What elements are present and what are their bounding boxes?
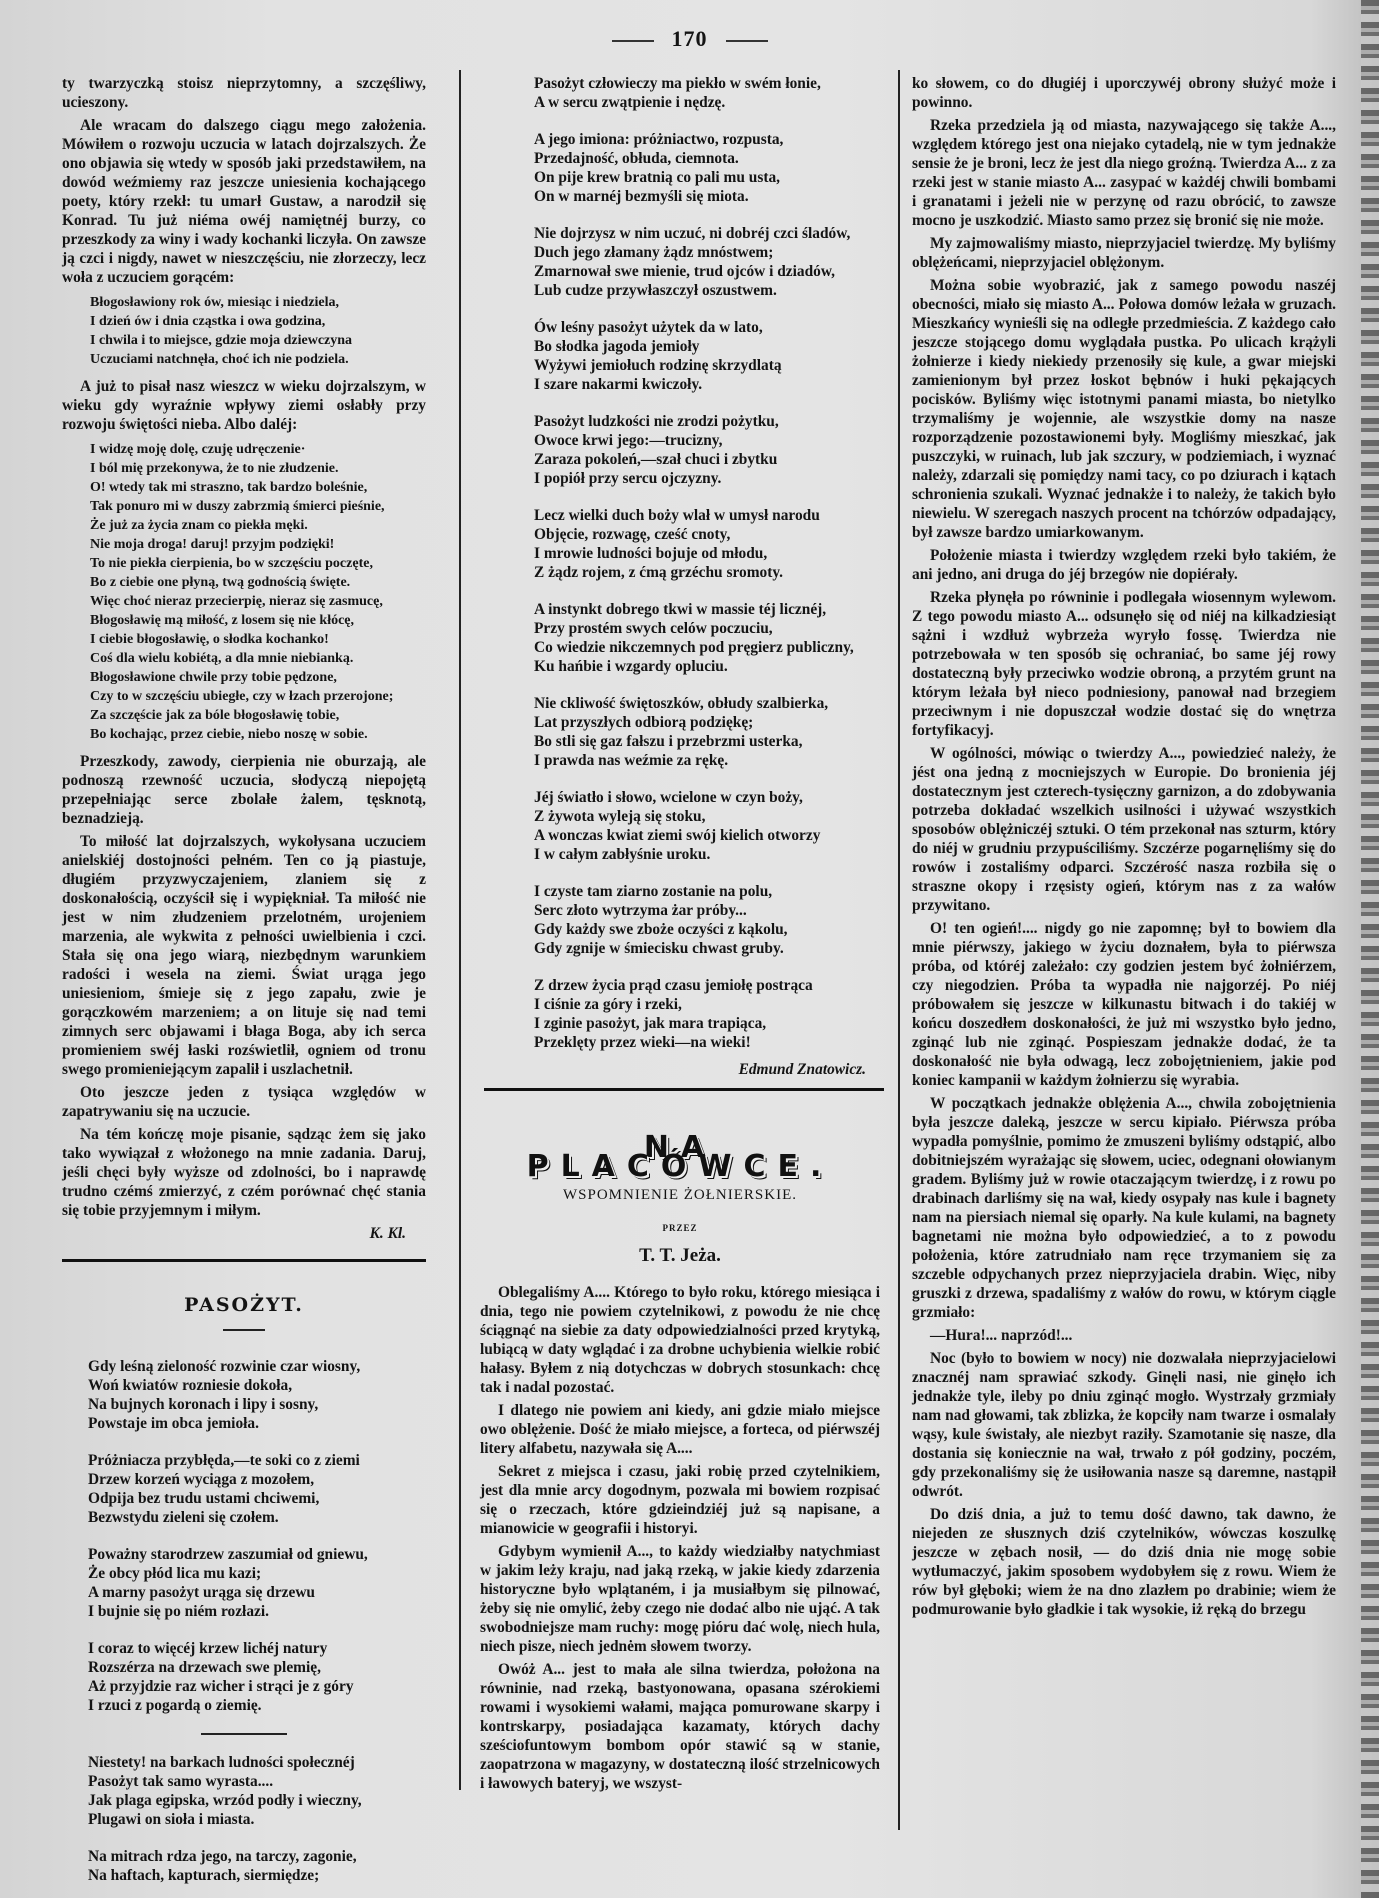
verse-line: A wonczas kwiat ziemi swój kielich otwor… (534, 826, 886, 845)
poem-title: PASOŻYT. (62, 1296, 426, 1315)
verse-line: Więc choć nieraz przecierpię, nieraz się… (90, 592, 426, 611)
stanza: I czyste tam ziarno zostanie na polu,Ser… (534, 882, 886, 958)
verse-line: Drzew korzeń wyciąga z mozołem, (88, 1470, 426, 1489)
verse-line: Czy to w szczęściu ubiegłe, czy w łzach … (90, 687, 426, 706)
verse-line: I rzuci z pogardą o ziemię. (88, 1696, 426, 1715)
verse-line: I popiół przy sercu ojczyzny. (534, 469, 886, 488)
verse-line: Serc złoto wytrzyma żar próby... (534, 901, 886, 920)
paragraph: Oto jeszcze jeden z tysiąca względów w z… (62, 1083, 426, 1121)
story-header: NA PLACÓWCE. WSPOMNIENIE ŻOŁNIERSKIE. PR… (480, 1108, 880, 1797)
verse-line: Że obcy płód lica mu kazi; (88, 1564, 426, 1583)
verse-line: Poważny starodrzew zaszumiał od gniewu, (88, 1545, 426, 1564)
verse-line: I bujnie się po niém rozłazi. (88, 1602, 426, 1621)
verse-line: Na haftach, kapturach, siermiędze; (88, 1866, 426, 1885)
title-rule (223, 1329, 265, 1331)
paragraph: Rzeka przedziela ją od miasta, nazywając… (912, 116, 1336, 230)
verse-line: Za szczęście jak za bóle błogosławię tob… (90, 706, 426, 725)
verse-line: Bo stli się gaz fałszu i przebrzmi uster… (534, 732, 886, 751)
verse-line: Z żywota wyleją się stoku, (534, 807, 886, 826)
paragraph: W ogólności, mówiąc o twierdzy A..., pow… (912, 744, 1336, 915)
verse-line: On pije krew bratnią co pali mu usta, (534, 168, 886, 187)
verse-line: Jéj światło i słowo, wcielone w czyn boż… (534, 788, 886, 807)
verse-line: I ciebie błogosławię, o słodka kochanko! (90, 630, 426, 649)
verse-line: Owoce krwi jego:—trucizny, (534, 431, 886, 450)
paragraph: To miłość lat dojrzalszych, wykołysana u… (62, 832, 426, 1079)
verse-line: Ku hańbie i wzgardy opluciu. (534, 657, 886, 676)
quote-verse-1: Błogosławiony rok ów, miesiąc i niedziel… (90, 293, 426, 369)
verse-line: I w całym zabłyśnie uroku. (534, 845, 886, 864)
verse-line: Uczuciami natchnęła, choć ich nie podzie… (90, 350, 426, 369)
verse-line: Błogosławię mą miłość, z losem się nie k… (90, 611, 426, 630)
verse-line: Woń kwiatów rozniesie dokoła, (88, 1376, 426, 1395)
stanza: Poważny starodrzew zaszumiał od gniewu,Ż… (88, 1545, 426, 1621)
section-rule (62, 1259, 426, 1262)
verse-line: A marny pasożyt urąga się drzewu (88, 1583, 426, 1602)
verse-line: To nie piekła cierpienia, bo w szczęściu… (90, 554, 426, 573)
verse-line: Wyżywi jemiołuch rodzinę skrzydlatą (534, 356, 886, 375)
verse-line: Lub cudze przywłaszczył oszustwem. (534, 281, 886, 300)
stanza: Jéj światło i słowo, wcielone w czyn boż… (534, 788, 886, 864)
verse-line: O! wtedy tak mi straszno, tak bardzo bol… (90, 478, 426, 497)
verse-line: I widzę moję dolę, czuję udręczenie· (90, 440, 426, 459)
verse-line: Ów leśny pasożyt użytek da w lato, (534, 318, 886, 337)
essay-signature: K. Kl. (62, 1224, 406, 1243)
story-text: Oblegaliśmy A.... Którego to było roku, … (480, 1283, 880, 1793)
paragraph: ty twarzyczką stoisz nieprzytomny, a szc… (62, 74, 426, 112)
paragraph: —Hura!... naprzód!... (912, 1326, 1336, 1345)
verse-line: Bo kochając, przez ciebie, niebo noszę w… (90, 725, 426, 744)
verse-line: Tak ponuro mi w duszy zabrzmią śmierci p… (90, 497, 426, 516)
stanza: Pasożyt ludzkości nie zrodzi pożytku,Owo… (534, 412, 886, 488)
page-number: 170 (672, 26, 708, 51)
verse-line: Próżniacza przybłęda,—te soki co z ziemi (88, 1451, 426, 1470)
verse-line: Odpija bez trudu ustami chciwemi, (88, 1489, 426, 1508)
stanza: Ów leśny pasożyt użytek da w lato,Bo sło… (534, 318, 886, 394)
paragraph: Położenie miasta i twierdzy względem rze… (912, 546, 1336, 584)
verse-line: Zaraza pokoleń,—szał chuci i zbytku (534, 450, 886, 469)
stanza: Nie ckliwość świętoszków, obłudy szalbie… (534, 694, 886, 770)
middle-column: Pasożyt człowieczy ma piekło w swém łoni… (534, 74, 886, 1079)
verse-line: Lecz wielki duch boży wlał w umysł narod… (534, 506, 886, 525)
verse-line: Rozszérza na drzewach swe plemię, (88, 1658, 426, 1677)
stanza: A jego imiona: próżniactwo, rozpusta,Prz… (534, 130, 886, 206)
stanza: Próżniacza przybłęda,—te soki co z ziemi… (88, 1451, 426, 1527)
verse-line: I ciśnie za góry i rzeki, (534, 995, 886, 1014)
verse-line: Nie moja droga! daruj! przyjm podzięki! (90, 535, 426, 554)
verse-line: Aż przyjdzie raz wicher i strąci je z gó… (88, 1677, 426, 1696)
verse-line: Że już za życia znam co piekła męki. (90, 516, 426, 535)
stanza: I coraz to więcéj krzew lichéj naturyRoz… (88, 1639, 426, 1715)
header-dash-right (726, 40, 768, 42)
paragraph: Gdybym wymienił A..., to każdy wiedziałb… (480, 1542, 880, 1656)
story-text-continued: ko słowem, co do długiéj i uporczywéj ob… (912, 74, 1336, 1619)
story-subtitle: WSPOMNIENIE ŻOŁNIERSKIE. (480, 1186, 880, 1205)
paragraph: Na tém kończę moje pisanie, sądząc żem s… (62, 1125, 426, 1220)
verse-line: Jak plaga egipska, wrzód podły i wieczny… (88, 1791, 426, 1810)
verse-line: I zginie pasożyt, jak mara trapiąca, (534, 1014, 886, 1033)
verse-line: Lat przyszłych odbiorą podziękę; (534, 713, 886, 732)
verse-line: A instynkt dobrego tkwi w massie téj lic… (534, 600, 886, 619)
section-rule-middle (484, 1088, 884, 1091)
verse-line: Bo z ciebie one płyną, twą godnością świ… (90, 573, 426, 592)
essay-top: ty twarzyczką stoisz nieprzytomny, a szc… (62, 74, 426, 287)
verse-line: Zmarnował swe mienie, trud ojców i dziad… (534, 262, 886, 281)
verse-line: I szare nakarmi kwiczoły. (534, 375, 886, 394)
poem-pasozyt-part2: Niestety! na barkach ludności społecznéj… (88, 1753, 426, 1885)
poem-pasozyt-part1: Gdy leśną zieloność rozwinie czar wiosny… (88, 1357, 426, 1715)
verse-line: Błogosławiony rok ów, miesiąc i niedziel… (90, 293, 426, 312)
verse-line: Przeklęty przez wieki—na wieki! (534, 1033, 886, 1052)
stanza: Nie dojrzysz w nim uczuć, ni dobréj czci… (534, 224, 886, 300)
verse-line: Coś dla wielu kobiétą, a dla mnie niebia… (90, 649, 426, 668)
paragraph: Można sobie wyobrazić, jak z samego powo… (912, 276, 1336, 542)
verse-line: Przy prostém swych celów poczuciu, (534, 619, 886, 638)
verse-line: Gdy zgnije w śmiecisku chwast gruby. (534, 939, 886, 958)
verse-line: Pasożyt ludzkości nie zrodzi pożytku, (534, 412, 886, 431)
verse-line: Nie ckliwość świętoszków, obłudy szalbie… (534, 694, 886, 713)
verse-line: Pasożyt człowieczy ma piekło w swém łoni… (534, 74, 886, 93)
verse-line: I coraz to więcéj krzew lichéj natury (88, 1639, 426, 1658)
paragraph: Ale wracam do dalszego ciągu mego założe… (62, 116, 426, 287)
paragraph: ko słowem, co do długiéj i uporczywéj ob… (912, 74, 1336, 112)
story-title: NA PLACÓWCE. (480, 1138, 880, 1176)
paragraph: Rzeka płynęła po równinie i podlegała wi… (912, 588, 1336, 740)
page-number-header: 170 (0, 26, 1379, 52)
stanza: A instynkt dobrego tkwi w massie téj lic… (534, 600, 886, 676)
verse-line: Pasożyt tak samo wyrasta.... (88, 1772, 426, 1791)
stanza: Lecz wielki duch boży wlał w umysł narod… (534, 506, 886, 582)
paragraph: I dlatego nie powiem ani kiedy, ani gdzi… (480, 1401, 880, 1458)
verse-line: A jego imiona: próżniactwo, rozpusta, (534, 130, 886, 149)
paragraph: Oblegaliśmy A.... Którego to było roku, … (480, 1283, 880, 1397)
header-dash-left (612, 40, 654, 42)
column-divider-right (898, 70, 900, 1830)
paragraph: Sekret z miejsca i czasu, jaki robię prz… (480, 1462, 880, 1538)
verse-line: Objęcie, rozwagę, cześć cnoty, (534, 525, 886, 544)
stanza: Gdy leśną zieloność rozwinie czar wiosny… (88, 1357, 426, 1433)
verse-line: Duch jego złamany żądz mnóstwem; (534, 243, 886, 262)
verse-line: I mrowie ludności bojuje od młodu, (534, 544, 886, 563)
verse-line: Na mitrach rdza jego, na tarczy, zagonie… (88, 1847, 426, 1866)
stanza: Na mitrach rdza jego, na tarczy, zagonie… (88, 1847, 426, 1885)
newspaper-page: 170 ty twarzyczką stoisz nieprzytomny, a… (0, 0, 1379, 1898)
paragraph: Owóż A... jest to mała ale silna twierdz… (480, 1660, 880, 1793)
verse-line: Gdy leśną zieloność rozwinie czar wiosny… (88, 1357, 426, 1376)
poem-signature: Edmund Znatowicz. (534, 1060, 866, 1079)
verse-line: I ból mię przekonywa, że to nie złudzeni… (90, 459, 426, 478)
paragraph: O! ten ogień!.... nigdy go nie zapomnę; … (912, 919, 1336, 1090)
paragraph: Do dziś dnia, a już to temu dość dawno, … (912, 1505, 1336, 1619)
verse-line: Błogosławione chwile przy tobie pędzone, (90, 668, 426, 687)
stanza: Niestety! na barkach ludności społecznéj… (88, 1753, 426, 1829)
facing-page-bleed (1361, 0, 1379, 1898)
verse-line: Bo słodka jagoda jemioły (534, 337, 886, 356)
verse-line: Plugawi on sioła i miasta. (88, 1810, 426, 1829)
verse-line: Powstaje im obca jemioła. (88, 1414, 426, 1433)
right-column: ko słowem, co do długiéj i uporczywéj ob… (912, 74, 1336, 1623)
verse-line: Co wiedzie nikczemnych pod pręgierz publ… (534, 638, 886, 657)
paragraph: My zajmowaliśmy miasto, nieprzyjaciel tw… (912, 234, 1336, 272)
stanza-rule (201, 1733, 287, 1735)
verse-line: I dzień ów i dnia cząstka i owa godzina, (90, 312, 426, 331)
verse-line: I czyste tam ziarno zostanie na polu, (534, 882, 886, 901)
verse-line: Przedajność, obłuda, ciemnota. (534, 149, 886, 168)
left-column: ty twarzyczką stoisz nieprzytomny, a szc… (62, 74, 426, 1898)
column-divider-left (459, 70, 461, 1790)
story-by-label: PRZEZ (480, 1219, 880, 1238)
verse-line: Na bujnych koronach i lipy i sosny, (88, 1395, 426, 1414)
quote-verse-2: I widzę moję dolę, czuję udręczenie·I bó… (90, 440, 426, 744)
verse-line: I prawda nas weźmie za rękę. (534, 751, 886, 770)
verse-line: Z drzew życia prąd czasu jemiołę postrąc… (534, 976, 886, 995)
verse-line: I chwila i to miejsce, gdzie moja dziewc… (90, 331, 426, 350)
verse-line: Niestety! na barkach ludności społecznéj (88, 1753, 426, 1772)
paragraph: Przeszkody, zawody, cierpienia nie oburz… (62, 752, 426, 828)
verse-line: Gdy każdy swe zboże oczyści z kąkolu, (534, 920, 886, 939)
verse-line: A w sercu zwątpienie i nędzę. (534, 93, 886, 112)
essay-bottom: Przeszkody, zawody, cierpienia nie oburz… (62, 752, 426, 1220)
verse-line: Nie dojrzysz w nim uczuć, ni dobréj czci… (534, 224, 886, 243)
verse-line: Z żądz rojem, z ćmą grzéchu sromoty. (534, 563, 886, 582)
story-author: T. T. Jeża. (480, 1246, 880, 1265)
stanza: Z drzew życia prąd czasu jemiołę postrąc… (534, 976, 886, 1052)
stanza: Pasożyt człowieczy ma piekło w swém łoni… (534, 74, 886, 112)
poem-pasozyt-continued: Pasożyt człowieczy ma piekło w swém łoni… (534, 74, 886, 1052)
verse-line: Bezwstydu zieleni się czołem. (88, 1508, 426, 1527)
verse-line: On w marnéj bezmyśli się miota. (534, 187, 886, 206)
paragraph: W początkach jednakże oblężenia A..., ch… (912, 1094, 1336, 1322)
paragraph: Noc (było to bowiem w nocy) nie dozwalał… (912, 1349, 1336, 1501)
essay-paragraph: A już to pisał nasz wieszcz w wieku dojr… (62, 377, 426, 434)
